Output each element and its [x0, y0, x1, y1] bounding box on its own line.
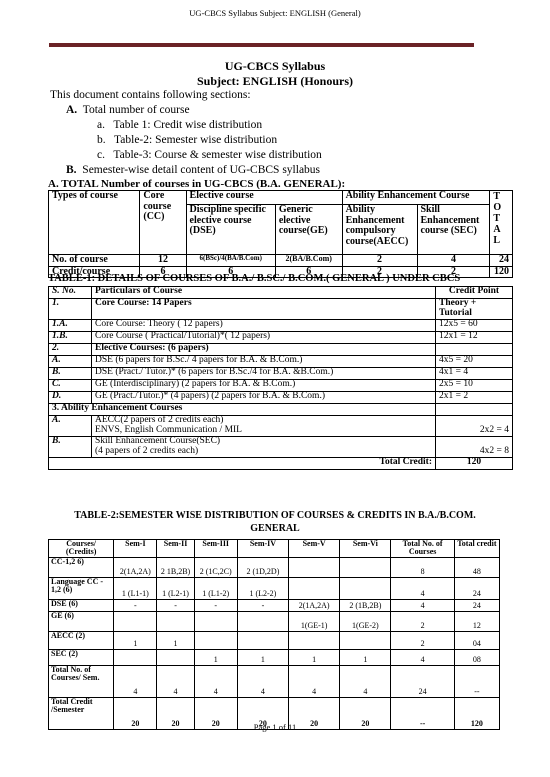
table-row: A. AECC(2 papers of 2 credits each)ENVS,…: [49, 415, 513, 436]
cell: 12: [454, 611, 499, 631]
cell: [340, 557, 391, 577]
th-particulars: Particulars of Course: [92, 287, 436, 299]
table2-heading-2: GENERAL: [0, 523, 550, 534]
cell-ge: 2(BA/B.Com): [275, 255, 342, 267]
table2-heading: TABLE-2:SEMESTER WISE DISTRIBUTION OF CO…: [0, 510, 550, 521]
cell: [237, 611, 288, 631]
table-row: Language CC - 1,2 (6)1 (L1-1)1 (L2-1)1 (…: [49, 577, 500, 599]
cell-sno: C.: [49, 379, 92, 391]
row-label: Language CC - 1,2 (6): [49, 577, 114, 599]
column-header: Total credit: [454, 540, 499, 558]
outline-text: Semester-wise detail content of UG-CBCS …: [82, 164, 320, 176]
table-row: B. DSE (Pract./ Tutor.)* (6 papers for B…: [49, 367, 513, 379]
table-row: 3. Ability Enhancement Courses: [49, 403, 513, 415]
cell: [340, 631, 391, 649]
cell: 4: [391, 577, 454, 599]
cell: [194, 631, 237, 649]
cell: 8: [391, 557, 454, 577]
th-core: Core course (CC): [140, 191, 186, 255]
cell: 1: [289, 649, 340, 665]
cell: -: [114, 599, 157, 611]
outline-item-b: b. Table-2: Semester wise distribution: [97, 134, 277, 146]
intro-text: This document contains following section…: [50, 89, 251, 101]
cell-credit: 4x1 = 4: [436, 367, 513, 379]
cell: [289, 631, 340, 649]
table-row: C. GE (Interdisciplinary) (2 papers for …: [49, 379, 513, 391]
cell-sno: B.: [49, 367, 92, 379]
tableA-heading: A. TOTAL Number of courses in UG-CBCS (B…: [48, 178, 345, 190]
table-row: Total Credit: 120: [49, 457, 513, 469]
cell-section: 3. Ability Enhancement Courses: [49, 403, 436, 415]
cell: [289, 577, 340, 599]
semester-distribution-table: Courses/ (Credits)Sem-ISem-IISem-IIISem-…: [48, 539, 500, 730]
cell: 2 (1B,2B): [340, 599, 391, 611]
cell: 1(GE-1): [289, 611, 340, 631]
th-dse: Discipline specific elective course (DSE…: [186, 205, 275, 255]
cell: 1 (L2-2): [237, 577, 288, 599]
th-total: T O T A L: [490, 191, 513, 255]
cell: 2: [391, 611, 454, 631]
table-row: Total No. of Courses/ Sem.44444424--: [49, 665, 500, 697]
cell-particulars: DSE (Pract./ Tutor.)* (6 papers for B.Sc…: [92, 367, 436, 379]
cell: 4: [157, 665, 194, 697]
th-ge: Generic elective course(GE): [275, 205, 342, 255]
cell: [114, 649, 157, 665]
outline-text: Table-2: Semester wise distribution: [114, 134, 277, 146]
doc-subtitle: Subject: ENGLISH (Honours): [0, 74, 550, 89]
outline-text: Table 1: Credit wise distribution: [113, 119, 262, 131]
cell-sno: 1.: [49, 299, 92, 320]
outline-marker: c.: [97, 149, 105, 161]
cell-particulars: GE (Pract./Tutor.)* (4 papers) (2 papers…: [92, 391, 436, 403]
table-row: 1. Core Course: 14 Papers Theory + Tutor…: [49, 299, 513, 320]
cell: 24: [454, 599, 499, 611]
cell-credit: 4x2 = 8: [436, 436, 513, 457]
th-ability: Ability Enhancement Course: [342, 191, 490, 205]
row-label: DSE (6): [49, 599, 114, 611]
cell: -: [237, 599, 288, 611]
cell: 2: [391, 631, 454, 649]
cell: 1: [114, 631, 157, 649]
column-header: Sem-IV: [237, 540, 288, 558]
table-row: CC-1,2 6)2(1A,2A)2 1B,2B)2 (1C,2C)2 (1D,…: [49, 557, 500, 577]
cell: 24: [391, 665, 454, 697]
column-header: Sem-Vi: [340, 540, 391, 558]
cell-particulars: Skill Enhancement Course(SEC)(4 papers o…: [92, 436, 436, 457]
total-courses-table: Types of course Core course (CC) Electiv…: [48, 190, 513, 278]
cell-particulars: AECC(2 papers of 2 credits each)ENVS, En…: [92, 415, 436, 436]
cell: [289, 557, 340, 577]
cell: [340, 577, 391, 599]
cell: 4: [391, 599, 454, 611]
cell-total: 120: [490, 266, 513, 278]
cell-sno: D.: [49, 391, 92, 403]
table-row: 1.A. Core Course: Theory ( 12 papers) 12…: [49, 319, 513, 331]
table-row: A. DSE (6 papers for B.Sc./ 4 papers for…: [49, 355, 513, 367]
cell: 1: [340, 649, 391, 665]
column-header: Sem-V: [289, 540, 340, 558]
cell: 1: [237, 649, 288, 665]
cell-credit: 12x1 = 12: [436, 331, 513, 343]
cell-sno: B.: [49, 436, 92, 457]
column-header: Total No. of Courses: [391, 540, 454, 558]
cell-particulars: Core Course: 14 Papers: [92, 299, 436, 320]
table-row: GE (6)1(GE-1)1(GE-2)212: [49, 611, 500, 631]
cell: 4: [289, 665, 340, 697]
cell-credit: 12x5 = 60: [436, 319, 513, 331]
cell-credit: Theory + Tutorial: [436, 299, 513, 320]
column-header: Sem-I: [114, 540, 157, 558]
th-credit: Credit Point: [436, 287, 513, 299]
cell: 2 (1C,2C): [194, 557, 237, 577]
outline-item-a: a. Table 1: Credit wise distribution: [97, 119, 262, 131]
cell: [237, 631, 288, 649]
table-row: D. GE (Pract./Tutor.)* (4 papers) (2 pap…: [49, 391, 513, 403]
line: (4 papers of 2 credits each): [95, 447, 432, 457]
line: ENVS, English Communication / MIL: [95, 426, 432, 436]
cell: 04: [454, 631, 499, 649]
th-sec: Skill Enhancement course (SEC): [417, 205, 490, 255]
th-elective: Elective course: [186, 191, 342, 205]
cell: 24: [454, 577, 499, 599]
cell: 4: [194, 665, 237, 697]
course-details-table: S. No. Particulars of Course Credit Poin…: [48, 286, 513, 470]
cell-credit: [436, 343, 513, 355]
cell-sno: 1.A.: [49, 319, 92, 331]
table-row: No. of course 12 6(BSc)/4(BA/B.Com) 2(BA…: [49, 255, 513, 267]
row-label: CC-1,2 6): [49, 557, 114, 577]
row-label: SEC (2): [49, 649, 114, 665]
cell: 1 (L1-1): [114, 577, 157, 599]
table-row: B. Skill Enhancement Course(SEC)(4 paper…: [49, 436, 513, 457]
cell: 1: [194, 649, 237, 665]
cell: 1: [157, 631, 194, 649]
total-credit-label: Total Credit:: [49, 457, 436, 469]
column-header: Sem-III: [194, 540, 237, 558]
cell-cc: 12: [140, 255, 186, 267]
cell: -: [194, 599, 237, 611]
header-rule: [49, 43, 474, 47]
cell-sec: 4: [417, 255, 490, 267]
cell: [114, 611, 157, 631]
cell-credit: [436, 403, 513, 415]
outline-marker: a.: [97, 119, 105, 131]
th-types: Types of course: [49, 191, 140, 255]
cell-sno: A.: [49, 355, 92, 367]
row-label: No. of course: [49, 255, 140, 267]
cell: 4: [391, 649, 454, 665]
table-row: SEC (2)1111408: [49, 649, 500, 665]
cell-credit: 2x2 = 4: [436, 415, 513, 436]
row-label: Total No. of Courses/ Sem.: [49, 665, 114, 697]
row-label: AECC (2): [49, 631, 114, 649]
outline-marker: b.: [97, 134, 106, 146]
total-credit-value: 120: [436, 457, 513, 469]
outline-item-A: A. Total number of course: [66, 104, 190, 116]
cell: 4: [114, 665, 157, 697]
cell-particulars: GE (Interdisciplinary) (2 papers for B.A…: [92, 379, 436, 391]
cell-total: 24: [490, 255, 513, 267]
outline-item-B: B. Semester-wise detail content of UG-CB…: [66, 164, 320, 176]
cell: 2(1A,2A): [114, 557, 157, 577]
th-sno: S. No.: [49, 287, 92, 299]
cell-aecc: 2: [342, 255, 417, 267]
cell-particulars: Core Course ( Practical/Tutorial)*( 12 p…: [92, 331, 436, 343]
cell: [157, 611, 194, 631]
cell: 2(1A,2A): [289, 599, 340, 611]
cell: [157, 649, 194, 665]
page-number: Page 1 of 11: [0, 722, 550, 732]
cell-sno: 1.B.: [49, 331, 92, 343]
cell: --: [454, 665, 499, 697]
cell: 1(GE-2): [340, 611, 391, 631]
cell: 08: [454, 649, 499, 665]
cell: 1 (L1-2): [194, 577, 237, 599]
outline-item-c: c. Table-3: Course & semester wise distr…: [97, 149, 322, 161]
table-row: 1.B. Core Course ( Practical/Tutorial)*(…: [49, 331, 513, 343]
cell: 2 1B,2B): [157, 557, 194, 577]
outline-text: Total number of course: [83, 104, 190, 116]
cell-credit: 2x1 = 2: [436, 391, 513, 403]
column-header: Courses/ (Credits): [49, 540, 114, 558]
cell-particulars: Elective Courses: (6 papers): [92, 343, 436, 355]
cell-sno: 2.: [49, 343, 92, 355]
table-row: AECC (2)11204: [49, 631, 500, 649]
cell-dse: 6(BSc)/4(BA/B.Com): [186, 255, 275, 267]
cell-sno: A.: [49, 415, 92, 436]
table1-heading: TABLE-1: DETAILS OF COURSES OF B.A./ B.S…: [48, 273, 460, 284]
cell-particulars: Core Course: Theory ( 12 papers): [92, 319, 436, 331]
cell-credit: 2x5 = 10: [436, 379, 513, 391]
cell: 1 (L2-1): [157, 577, 194, 599]
cell: 48: [454, 557, 499, 577]
cell: [194, 611, 237, 631]
cell: 4: [340, 665, 391, 697]
outline-marker: A.: [66, 104, 77, 116]
th-aecc: Ability Enhancement compulsory course(AE…: [342, 205, 417, 255]
doc-title: UG-CBCS Syllabus: [0, 59, 550, 74]
cell: 2 (1D,2D): [237, 557, 288, 577]
cell-particulars: DSE (6 papers for B.Sc./ 4 papers for B.…: [92, 355, 436, 367]
outline-text: Table-3: Course & semester wise distribu…: [113, 149, 321, 161]
cell: -: [157, 599, 194, 611]
table-header-row: Courses/ (Credits)Sem-ISem-IISem-IIISem-…: [49, 540, 500, 558]
table-row: DSE (6)----2(1A,2A)2 (1B,2B)424: [49, 599, 500, 611]
row-label: GE (6): [49, 611, 114, 631]
running-header: UG-CBCS Syllabus Subject: ENGLISH (Gener…: [0, 8, 550, 18]
table-row: 2. Elective Courses: (6 papers): [49, 343, 513, 355]
column-header: Sem-II: [157, 540, 194, 558]
cell-credit: 4x5 = 20: [436, 355, 513, 367]
cell: 4: [237, 665, 288, 697]
outline-marker: B.: [66, 164, 77, 176]
